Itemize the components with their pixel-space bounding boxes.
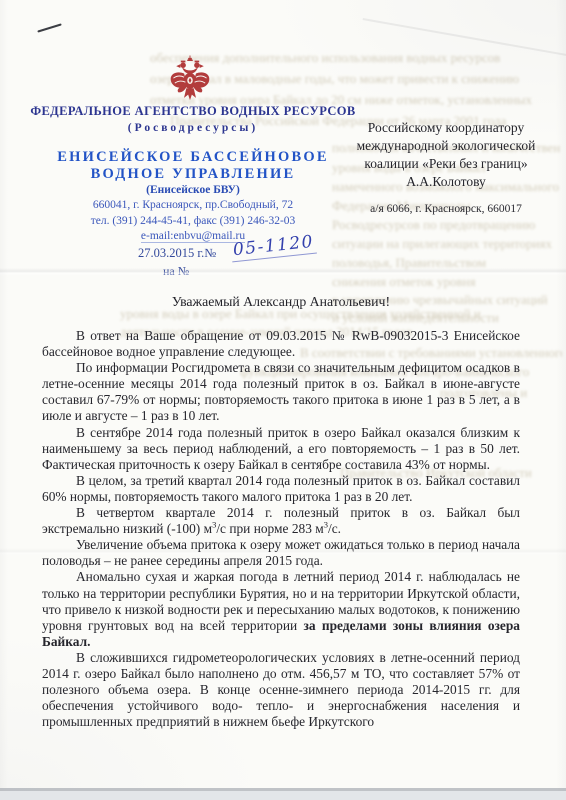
addressee-block: Российскому координатору международной э… — [328, 119, 564, 218]
body-paragraph: Увеличение объема притока к озеру может … — [42, 537, 520, 569]
organization-short-name: (Енисейское БВУ) — [28, 184, 358, 196]
scanner-background — [0, 791, 566, 800]
addressee-line: международной экологической — [328, 137, 564, 155]
bleedthrough-text: половодья, Правительством — [332, 255, 560, 270]
bleedthrough-text: снижения отметок уровня — [332, 274, 560, 289]
organization-phone-fax: тел. (391) 244-45-41, факс (391) 246-32-… — [28, 215, 358, 227]
addressee-line: Российскому координатору — [328, 119, 564, 137]
letter-date-and-number-label: 27.03.2015 г.№ — [138, 246, 216, 261]
agency-short-name: (Росводресурсы) — [28, 122, 358, 134]
bleedthrough-text: ситуации на прилегающих территориях — [332, 236, 560, 251]
organization-name: ЕНИСЕЙСКОЕ БАССЕЙНОВОЕ ВОДНОЕ УПРАВЛЕНИЕ — [28, 149, 358, 182]
pen-check-mark — [37, 23, 61, 32]
body-paragraph: По информации Росгидромета в связи со зн… — [42, 360, 520, 424]
body-paragraph: Аномально сухая и жаркая погода в летний… — [42, 569, 520, 649]
body-paragraph: В сложившихся гидрометеорологических усл… — [42, 650, 520, 730]
salutation: Уважаемый Александр Анатольевич! — [42, 294, 520, 310]
body-paragraph: В четвертом квартале 2014 г. полезный пр… — [42, 505, 520, 537]
addressee-line: коалиции «Реки без границ» — [328, 155, 564, 173]
russia-eagle-emblem-icon — [167, 54, 213, 104]
addressee-postal-address: а/я 6066, г. Красноярск, 660017 — [328, 200, 564, 218]
scanned-letter-page: обеспечения дополнительного использовани… — [0, 0, 566, 800]
reference-number-label: на № — [163, 264, 189, 279]
bleedthrough-text: Росводресурсов по предотвращению — [332, 217, 560, 232]
agency-name: ФЕДЕРАЛЬНОЕ АГЕНТСТВО ВОДНЫХ РЕСУРСОВ — [28, 104, 358, 119]
body-paragraph: В ответ на Ваше обращение от 09.03.2015 … — [42, 328, 520, 360]
organization-name-line1: ЕНИСЕЙСКОЕ БАССЕЙНОВОЕ — [28, 149, 358, 166]
addressee-name: А.А.Колотову — [328, 173, 564, 191]
organization-name-line2: ВОДНОЕ УПРАВЛЕНИЕ — [28, 166, 358, 183]
organization-address: 660041, г. Красноярск, пр.Свободный, 72 — [28, 199, 358, 211]
body-paragraph: В целом, за третий квартал 2014 года пол… — [42, 473, 520, 505]
body-paragraph: В сентябре 2014 года полезный приток в о… — [42, 425, 520, 473]
letter-body: В ответ на Ваше обращение от 09.03.2015 … — [42, 328, 520, 730]
